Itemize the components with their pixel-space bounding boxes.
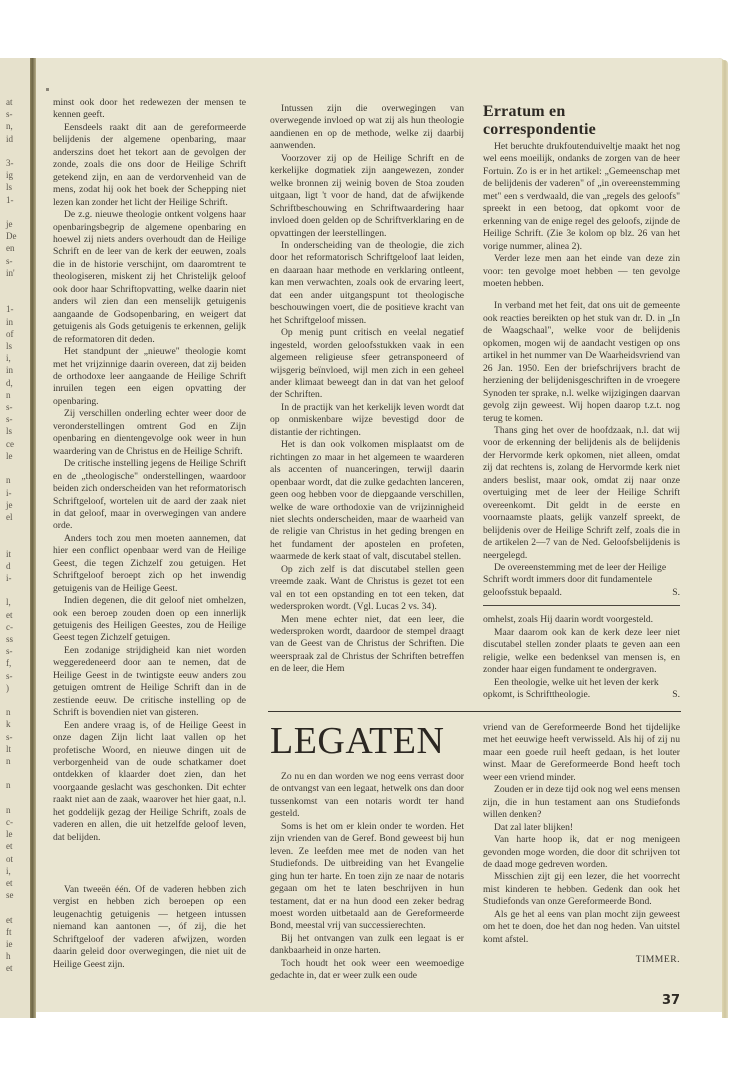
paragraph: Bij het ontvangen van zulk een legaat is… [270, 933, 464, 958]
paragraph: De z.g. nieuwe theologie ontkent volgens… [53, 209, 246, 346]
paragraph: Maar daarom ook kan de kerk deze leer ni… [483, 627, 680, 677]
paragraph: Verder leze men aan het einde van deze z… [483, 253, 680, 290]
paragraph: Zij verschillen onderling echter weer do… [53, 408, 246, 458]
paragraph: In de practijk van het kerkelijk leven w… [270, 402, 464, 439]
paragraph: Zouden er in deze tijd ook nog wel eens … [483, 784, 680, 821]
erratum-section: Erratum en correspondentie Het beruchte … [483, 103, 680, 701]
paragraph: Thans ging het over de hoofdzaak, n.l. d… [483, 425, 680, 562]
paragraph: Toch houdt het ook weer een weemoedige g… [270, 958, 464, 983]
adjacent-page-text-fragments: at s- n, id 3- ig ls 1- je De en s- in' … [6, 96, 17, 975]
paragraph: Indien degenen, die dit geloof niet omhe… [53, 595, 246, 645]
paragraph: Men mene echter niet, dat een leer, die … [270, 614, 464, 676]
page-number: 37 [662, 993, 680, 1008]
paragraph: Het is dan ook volkomen misplaatst om de… [270, 439, 464, 564]
legaten-divider [268, 711, 681, 712]
paragraph: Het beruchte drukfoutenduiveltje maakt h… [483, 141, 680, 253]
section-divider [483, 605, 680, 606]
erratum-heading: Erratum en correspondentie [483, 103, 680, 139]
paragraph: Een theologie, welke uit het leven der k… [483, 677, 680, 702]
paragraph: Dat zal later blijken! [483, 822, 680, 834]
paragraph: Intussen zijn die overwegingen van overw… [270, 103, 464, 153]
paragraph: Misschien zijt gij een lezer, die het vo… [483, 871, 680, 908]
column-1-closing: Van tweeën één. Of de vaderen hebben zic… [53, 884, 246, 971]
paragraph: Op menig punt critisch en veelal negatie… [270, 327, 464, 402]
paragraph-text: De overeenstemming met de leer der Heili… [483, 562, 666, 598]
paragraph: Voorzover zij op de Heilige Schrift en d… [270, 153, 464, 240]
legaten-section: LEGATEN Zo nu en dan worden we nog eens … [270, 718, 464, 983]
paragraph: Het standpunt der „nieuwe" theologie kom… [53, 346, 246, 408]
signature: S. [661, 587, 680, 599]
print-speck [46, 88, 49, 91]
paragraph: Van harte hoop ik, dat er nog menigeen g… [483, 834, 680, 871]
page-edge [722, 60, 728, 1018]
paragraph: In verband met het feit, dat ons uit de … [483, 300, 680, 425]
paragraph: vriend van de Gereformeerde Bond het tij… [483, 722, 680, 784]
paragraph: Zo nu en dan worden we nog eens verrast … [270, 771, 464, 821]
paragraph: minst ook door het redewezen der mensen … [53, 97, 246, 122]
paragraph: Als ge het al eens van plan mocht zijn g… [483, 909, 680, 946]
author-signature: TIMMER. [483, 954, 680, 966]
paragraph: Eensdeels raakt dit aan de gereformeerde… [53, 122, 246, 209]
paragraph: omhelst, zoals Hij daarin wordt voorgest… [483, 614, 680, 626]
paragraph: Een andere vraag is, of de Heilige Geest… [53, 720, 246, 845]
legaten-continued: vriend van de Gereformeerde Bond het tij… [483, 722, 680, 967]
paragraph: Soms is het om er klein onder te worden.… [270, 821, 464, 933]
adjacent-page-strip: at s- n, id 3- ig ls 1- je De en s- in' … [0, 58, 30, 1018]
paragraph: In onderscheiding van de theologie, die … [270, 240, 464, 327]
signature: S. [661, 689, 680, 701]
closing-paragraph: Van tweeën één. Of de vaderen hebben zic… [53, 884, 246, 971]
paragraph: De overeenstemming met de leer der Heili… [483, 562, 680, 599]
paragraph: Een zodanige strijdigheid kan niet worde… [53, 645, 246, 720]
column-1: minst ook door het redewezen der mensen … [53, 97, 246, 844]
paragraph: De critische instelling jegens de Heilig… [53, 458, 246, 533]
paragraph-text: Een theologie, welke uit het leven der k… [483, 677, 659, 700]
column-2: Intussen zijn die overwegingen van overw… [270, 103, 464, 676]
legaten-heading: LEGATEN [270, 720, 464, 762]
paragraph: Op zich zelf is dat discutabel stellen g… [270, 564, 464, 614]
paragraph: Anders toch zou men moeten aannemen, dat… [53, 533, 246, 595]
